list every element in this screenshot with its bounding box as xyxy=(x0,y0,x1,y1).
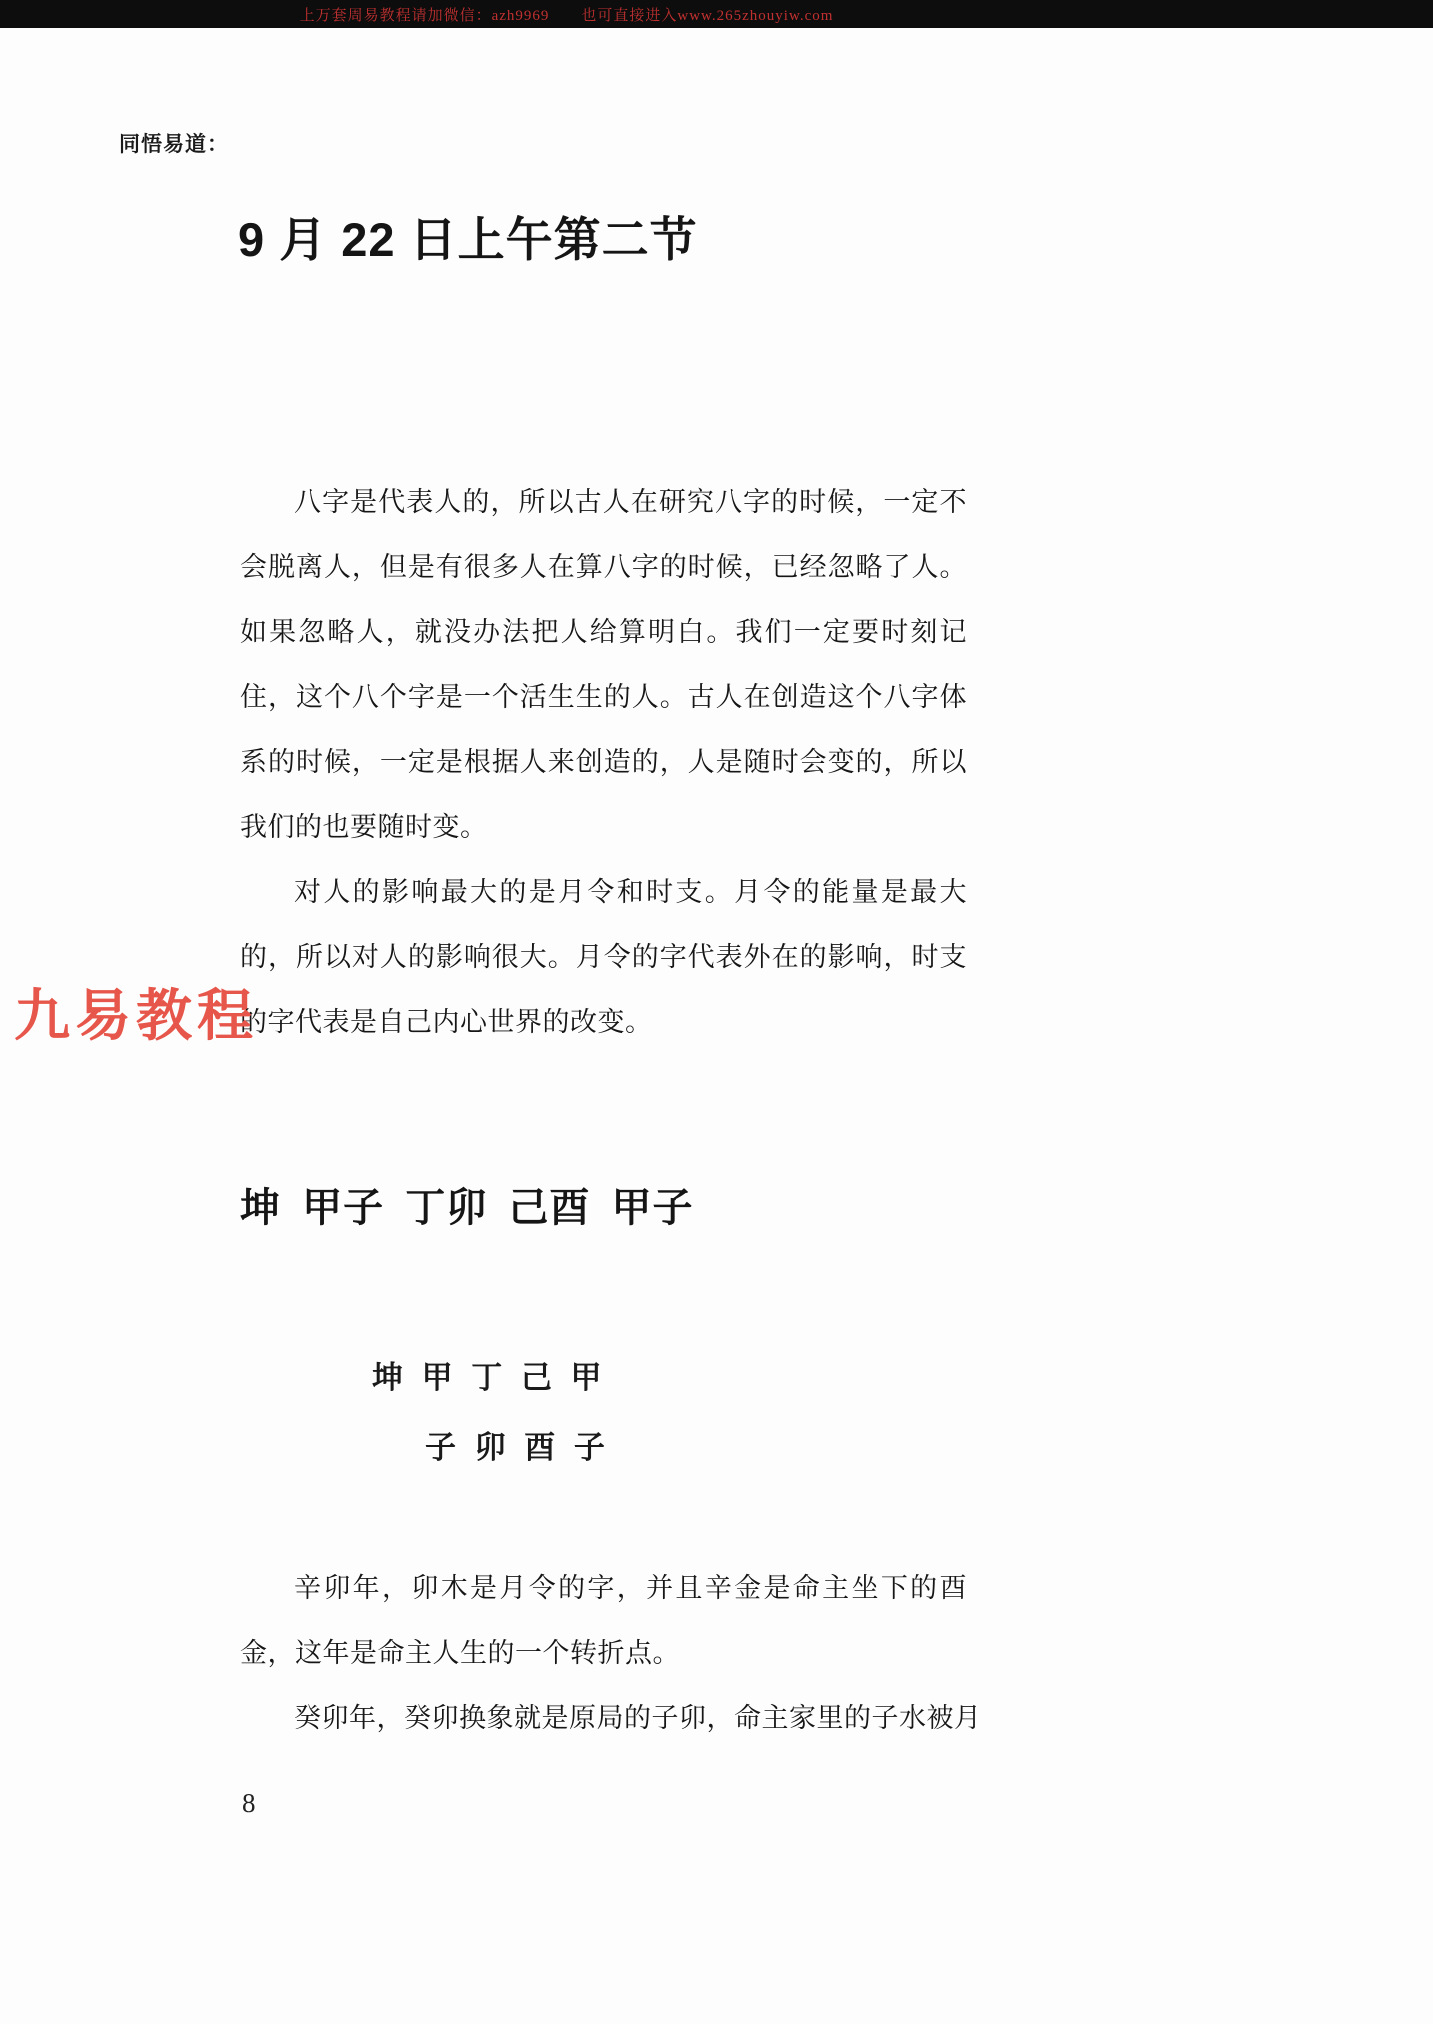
bazi-chart-heading: 坤 甲子 丁卯 己酉 甲子 xyxy=(240,1176,693,1233)
top-promo-banner: 上万套周易教程请加微信：azh9969 也可直接进入www.265zhouyiw… xyxy=(0,0,1433,28)
body-text-block-2: 辛卯年，卯木是月令的字，并且辛金是命主坐下的酉金，这年是命主人生的一个转折点。 … xyxy=(240,1556,967,1751)
paragraph-4: 癸卯年，癸卯换象就是原局的子卯，命主家里的子水被月 xyxy=(240,1686,967,1751)
page-title: 9 月 22 日上午第二节 xyxy=(238,203,698,270)
watermark-text: 九易教程 xyxy=(14,972,258,1052)
body-text-block-1: 八字是代表人的，所以古人在研究八字的时候，一定不会脱离人，但是有很多人在算八字的… xyxy=(240,470,967,1055)
promo-banner-text: 上万套周易教程请加微信：azh9969 也可直接进入www.265zhouyiw… xyxy=(300,4,834,25)
paragraph-2: 对人的影响最大的是月令和时支。月令的能量是最大的，所以对人的影响很大。月令的字代… xyxy=(240,860,967,1055)
paragraph-3: 辛卯年，卯木是月令的字，并且辛金是命主坐下的酉金，这年是命主人生的一个转折点。 xyxy=(240,1556,967,1686)
page-number: 8 xyxy=(242,1788,256,1819)
document-header: 同悟易道： xyxy=(119,128,229,158)
bazi-stems-row: 坤 甲 丁 己 甲 xyxy=(372,1352,603,1397)
document-page: 上万套周易教程请加微信：azh9969 也可直接进入www.265zhouyiw… xyxy=(0,0,1433,2024)
paragraph-1: 八字是代表人的，所以古人在研究八字的时候，一定不会脱离人，但是有很多人在算八字的… xyxy=(240,470,967,860)
bazi-branches-row: 子 卯 酉 子 xyxy=(425,1422,607,1467)
